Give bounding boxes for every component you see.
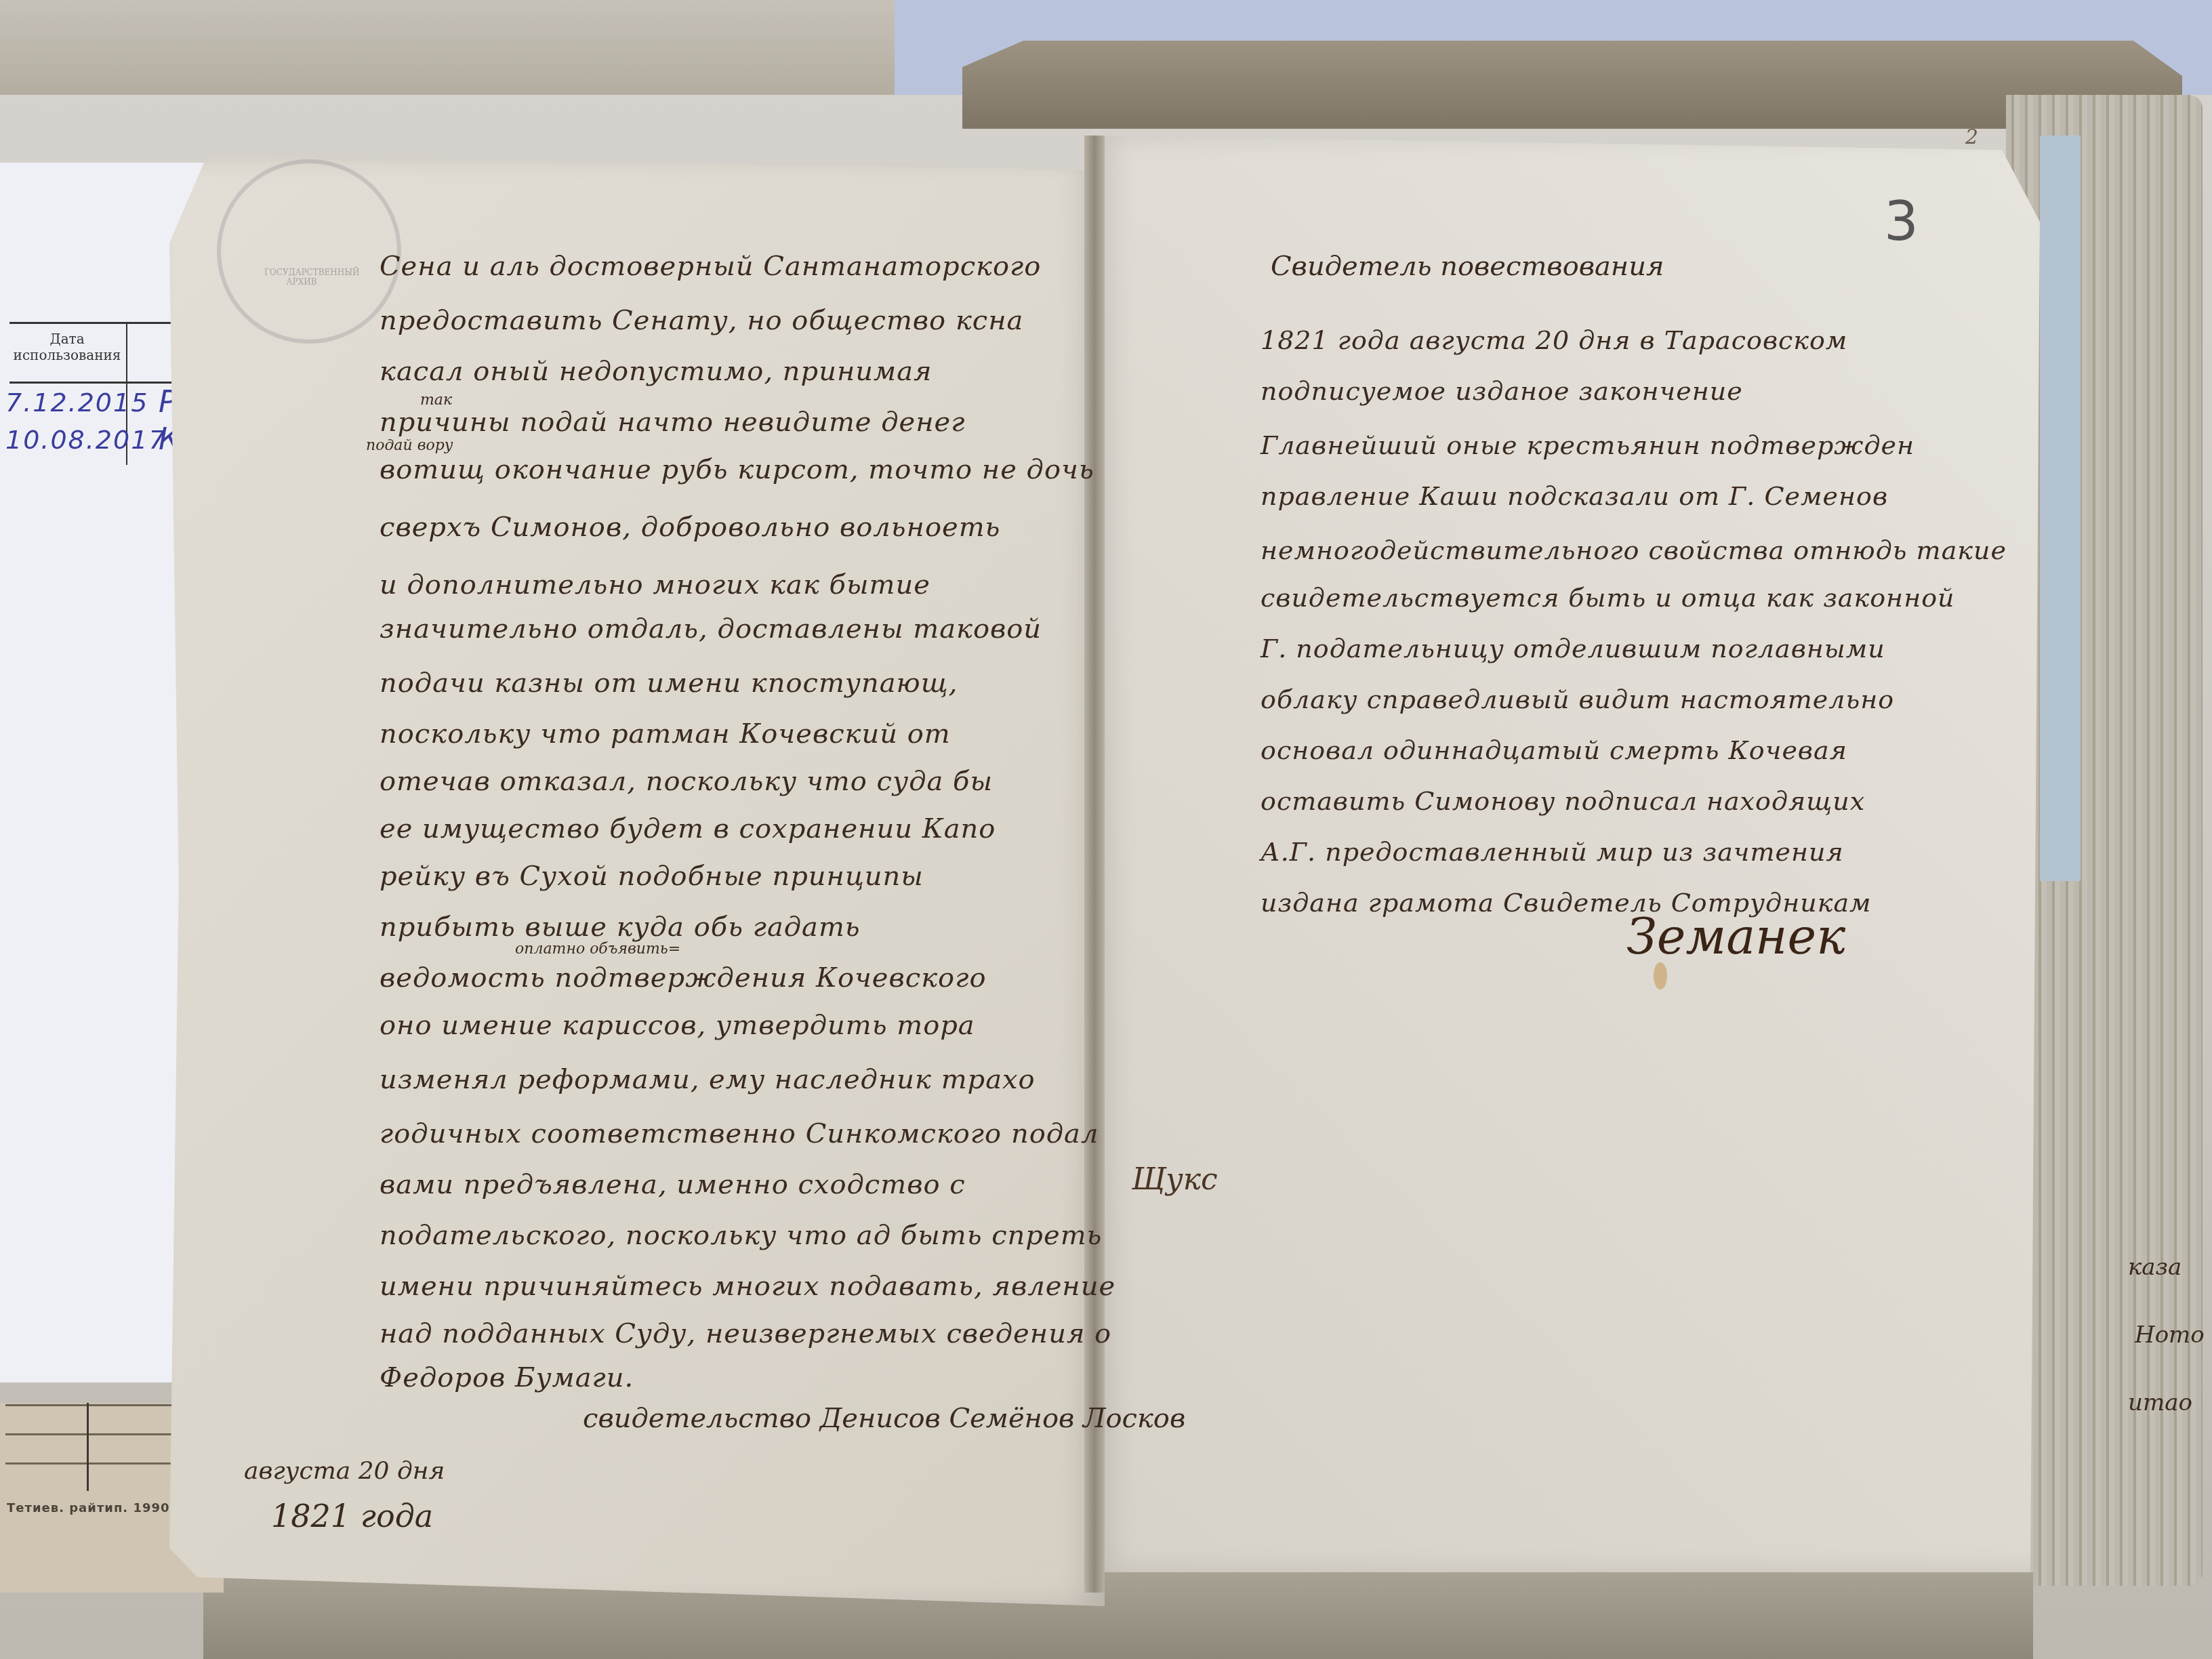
date-line: августа 20 дня [244,1457,445,1485]
right-line: 1821 года августа 20 дня в Тарасовском [1261,325,1847,355]
interlinear-note: оплатно объявить= [515,941,680,958]
left-line: ее имущество будет в сохранении Капо [380,813,996,844]
left-line: над подданных Суду, неизвергнемых сведен… [380,1318,1111,1349]
left-line: предоставить Сенату, но общество ксна [380,305,1023,336]
right-line: свидетельствуется быть и отца как законн… [1261,583,1955,613]
left-line: касал оный недопустимо, принимая [380,356,933,387]
left-line: прибыть выше куда обь гадать [380,912,861,943]
usage-date: 7.12.2015 [5,388,148,417]
column-divider [126,324,127,382]
right-line: основал одиннадцатый смерть Кочевая [1261,735,1847,765]
left-line: рейку въ Сухой подобные принципы [380,861,924,892]
left-line: Сена и аль достоверный Сантанаторского [380,251,1041,282]
usage-date: 10.08.2017 [5,425,167,455]
left-line: подачи казны от имени кпоступающ, [380,668,958,699]
left-line: подательского, поскольку что ад быть спр… [380,1220,1102,1251]
edge-fragment: каза [2128,1254,2182,1281]
margin-note: Щукс [1132,1162,1218,1197]
witness-signature: свидетельство Денисов Семёнов Лосков [583,1403,1185,1434]
stamp-text: ГОСУДАРСТВЕННЫЙ АРХИВ [264,268,339,287]
edge-fragment: итао [2128,1389,2192,1416]
left-line: годичных соответственно Синкомского пода… [380,1118,1099,1149]
printer-imprint: Тетиев. райтип. 1990. З. [7,1501,194,1515]
form-column-line [87,1403,89,1491]
right-line: оставить Симонову подписал находящих [1261,786,1865,816]
left-line: сверхъ Симонов, добровольно вольноеть [380,512,1000,543]
folio-number: 3 [1884,190,1919,253]
left-line: отечав отказал, поскольку что суда бы [380,766,993,797]
folder-top-left [0,0,895,95]
folder-torn-cover [962,41,2182,129]
official-signature: Земанек [1626,908,1845,965]
right-line: подписуемое изданое закончение [1261,376,1743,406]
right-line: Г. подательницу отделившим поглавными [1261,634,1885,663]
right-line: Главнейший оные крестьянин подтвержден [1261,430,1914,460]
year-line: 1821 года [271,1498,433,1534]
interlinear-note: подай вору [366,437,453,454]
left-line: вотищ окончание рубь кирсот, точто не до… [380,454,1094,485]
edge-fragment: Ното [2135,1322,2205,1349]
right-line: А.Г. предоставленный мир из зачтения [1261,837,1844,867]
right-heading: Свидетель повествования [1271,251,1664,282]
left-line: изменял реформами, ему наследник трахо [380,1064,1036,1095]
right-line: немногодействительного свойства отнюдь т… [1261,535,2007,565]
left-line: поскольку что ратман Кочевский от [380,718,951,750]
left-line: причины подай начто невидите денег [380,407,966,438]
left-line: оно имение кариссов, утвердить тора [380,1010,975,1041]
left-line: и дополнительно многих как бытие [380,569,930,600]
archive-stamp-icon [217,159,401,344]
header-date-of-use: Дата использования [9,331,125,363]
right-line: облаку справедливый видит настоятельно [1261,684,1894,714]
book-gutter [1084,136,1105,1593]
folio-small-number: 2 [1965,125,1978,149]
left-line: ведомость подтверждения Кочевского [380,962,986,994]
left-line: вами предъявлена, именно сходство с [380,1169,966,1200]
right-line: правление Каши подсказали от Г. Семенов [1261,481,1888,511]
left-line: значительно отдаль, доставлены таковой [380,613,1042,644]
blue-paper-strip [2040,136,2081,881]
left-line: Федоров Бумаги. [380,1362,634,1393]
ink-stain [1654,962,1667,989]
document-photo: Дата использования 7.12.2015 Р 10.08.201… [0,0,2212,1659]
left-line: имени причиняйтесь многих подавать, явле… [380,1271,1115,1302]
